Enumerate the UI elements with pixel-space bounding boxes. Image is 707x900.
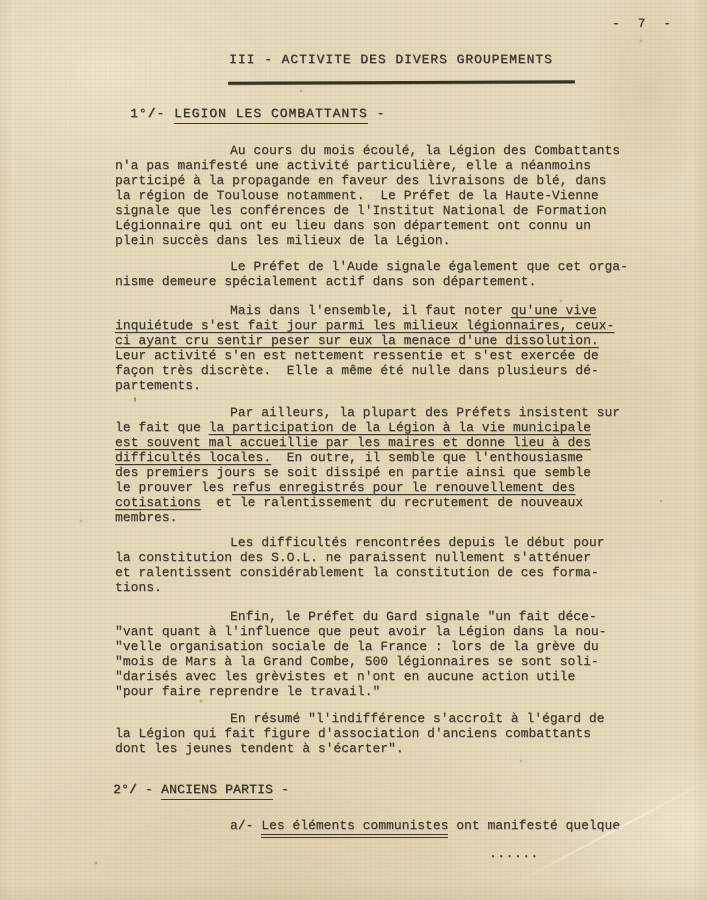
text-line: difficultés locales. En outre, il semble… [115,450,620,465]
heading-number: 2°/ - [113,782,161,797]
text-line: Légionnaire qui ont eu lieu dans son dép… [115,218,620,233]
text-line: "pour faire reprendre le travail." [115,684,606,699]
text-line: Leur activité s'en est nettement ressent… [115,348,614,363]
paragraph-p6: Enfin, le Préfet du Gard signale "un fai… [115,609,606,699]
text-line: des premiers jours se soit dissipé en pa… [115,465,620,480]
continuation-dots: ...... [489,846,539,861]
heading-anciens-partis: 2°/ - ANCIENS PARTIS - [113,782,289,797]
text-line: participé à la propagande en faveur des … [115,173,620,188]
text-line: partements. [115,378,614,393]
text-line: "velle organisation sociale de la France… [115,639,606,654]
text-line: Par ailleurs, la plupart des Préfets ins… [115,405,620,420]
paper-specks [0,0,2,2]
paragraph-p4: Par ailleurs, la plupart des Préfets ins… [115,405,620,525]
text-line: la Légion qui fait figure d'association … [115,726,604,741]
text-line: n'a pas manifesté une activité particuli… [115,158,620,173]
text-line: le fait que la participation de la Légio… [115,420,620,435]
text-line: "vant quant à l'influence que peut avoir… [115,624,606,639]
text-line: la constitution des S.O.L. ne paraissent… [115,550,604,565]
heading-label: ANCIENS PARTIS [161,782,273,800]
text-line: Au cours du mois écoulé, la Légion des C… [115,143,620,158]
paragraph-p2: Le Préfet de l'Aude signale également qu… [115,259,628,289]
subitem-elements-communistes: a/- Les éléments communistes ont manifes… [230,818,620,833]
text-line: "darisés avec les grèvistes et n'ont en … [115,669,606,684]
text-line: Le Préfet de l'Aude signale également qu… [115,259,628,274]
heading-dash: - [273,782,289,797]
text-line: est souvent mal accueillie par les maire… [115,435,620,450]
heading-legion-combattants: 1°/- LEGION LES COMBATTANTS - [130,106,385,121]
text-line: Les difficultés rencontrées depuis le dé… [115,535,604,550]
text-line: Enfin, le Préfet du Gard signale "un fai… [115,609,606,624]
page-number: - 7 - [612,16,676,31]
paragraph-p5: Les difficultés rencontrées depuis le dé… [115,535,604,595]
text-line: "mois de Mars à la Grand Combe, 500 légi… [115,654,606,669]
text-line: et ralentissent considérablement la cons… [115,565,604,580]
text-line: plein succès dans les milieux de la Légi… [115,233,620,248]
text-line: Mais dans l'ensemble, il faut noter qu'u… [115,303,614,318]
paragraph-p3: Mais dans l'ensemble, il faut noter qu'u… [115,303,614,393]
page-title: III - ACTIVITE DES DIVERS GROUPEMENTS [229,52,553,67]
text-line: dont les jeunes tendent à s'écarter". [115,741,604,756]
text-line: ci ayant cru sentir peser sur eux la men… [115,333,614,348]
text-line: En résumé "l'indifférence s'accroît à l'… [115,711,604,726]
title-underline-rule [228,80,575,85]
heading-label: LEGION LES COMBATTANTS [174,106,368,124]
subitem-text: ont manifesté quelque [448,818,620,833]
text-line: membres. [115,510,620,525]
heading-dash: - [368,106,386,121]
document-page: - 7 - III - ACTIVITE DES DIVERS GROUPEME… [0,0,707,900]
text-line: inquiétude s'est fait jour parmi les mil… [115,318,614,333]
text-line: nisme demeure spécialement actif dans so… [115,274,628,289]
stray-mark: ' [131,396,139,411]
text-line: façon très discrète. Elle a même été nul… [115,363,614,378]
text-line: le prouver les refus enregistrés pour le… [115,480,620,495]
text-line: signale que les conférences de l'Institu… [115,203,620,218]
text-line: cotisations et le ralentissement du recr… [115,495,620,510]
text-line: la région de Toulouse notamment. Le Préf… [115,188,620,203]
subitem-letter: a/- [230,818,261,833]
paragraph-p7: En résumé "l'indifférence s'accroît à l'… [115,711,604,756]
heading-number: 1°/- [130,106,174,121]
paragraph-p1: Au cours du mois écoulé, la Légion des C… [115,143,620,248]
text-line: tions. [115,580,604,595]
subitem-label: Les éléments communistes [261,818,448,838]
